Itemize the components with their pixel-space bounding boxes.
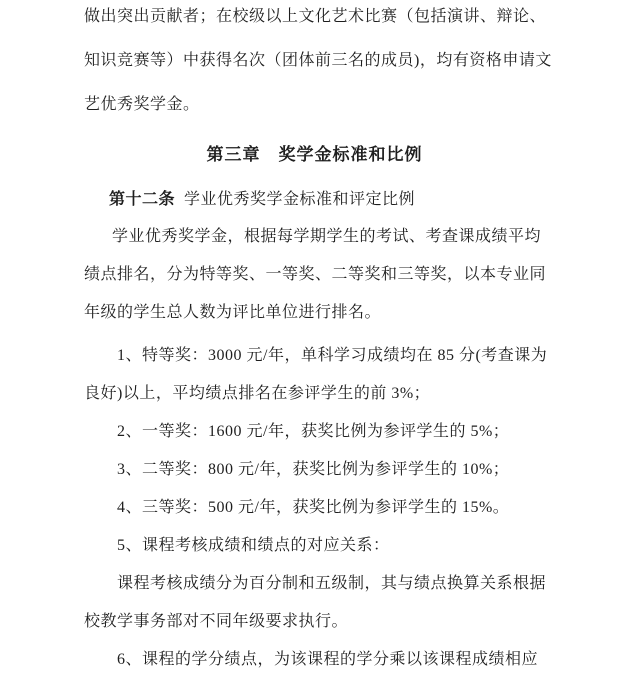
chapter-heading: 第三章 奖学金标准和比例: [84, 143, 545, 167]
document-page: 做出突出贡献者；在校级以上文化艺术比赛（包括演讲、辩论、 知识竞赛等）中获得名次…: [0, 0, 621, 679]
award-item-3: 3、二等奖：800 元/年，获奖比例为参评学生的 10%；: [117, 458, 509, 482]
grading-paragraph-line-2: 校教学事务部对不同年级要求执行。: [84, 610, 348, 634]
article-title: 学业优秀奖学金标准和评定比例: [184, 191, 415, 208]
grading-paragraph-line-1: 课程考核成绩分为百分制和五级制，其与绩点换算关系根据: [117, 572, 546, 596]
ranking-paragraph-line-3: 年级的学生总人数为评比单位进行排名。: [84, 301, 381, 325]
intro-paragraph-line-2: 知识竞赛等）中获得名次（团体前三名的成员)，均有资格申请文: [84, 49, 552, 73]
intro-paragraph-line-1: 做出突出贡献者；在校级以上文化艺术比赛（包括演讲、辩论、: [84, 5, 546, 29]
article-label: 第十二条: [109, 191, 175, 208]
intro-paragraph-line-3: 艺优秀奖学金。: [84, 93, 200, 117]
article-heading: 第十二条学业优秀奖学金标准和评定比例: [109, 188, 415, 212]
award-item-6-line-1: 6、课程的学分绩点，为该课程的学分乘以该课程成绩相应: [117, 648, 538, 672]
award-item-1-line-2: 良好)以上，平均绩点排名在参评学生的前 3%；: [84, 382, 430, 406]
ranking-paragraph-line-2: 绩点排名，分为特等奖、一等奖、二等奖和三等奖，以本专业同: [84, 263, 546, 287]
ranking-paragraph-line-1: 学业优秀奖学金，根据每学期学生的考试、考查课成绩平均: [112, 225, 541, 249]
award-item-5: 5、课程考核成绩和绩点的对应关系：: [117, 534, 390, 558]
award-item-4: 4、三等奖：500 元/年，获奖比例为参评学生的 15%。: [117, 496, 509, 520]
award-item-2: 2、一等奖：1600 元/年，获奖比例为参评学生的 5%；: [117, 420, 509, 444]
award-item-1-line-1: 1、特等奖：3000 元/年，单科学习成绩均在 85 分(考查课为: [117, 344, 547, 368]
